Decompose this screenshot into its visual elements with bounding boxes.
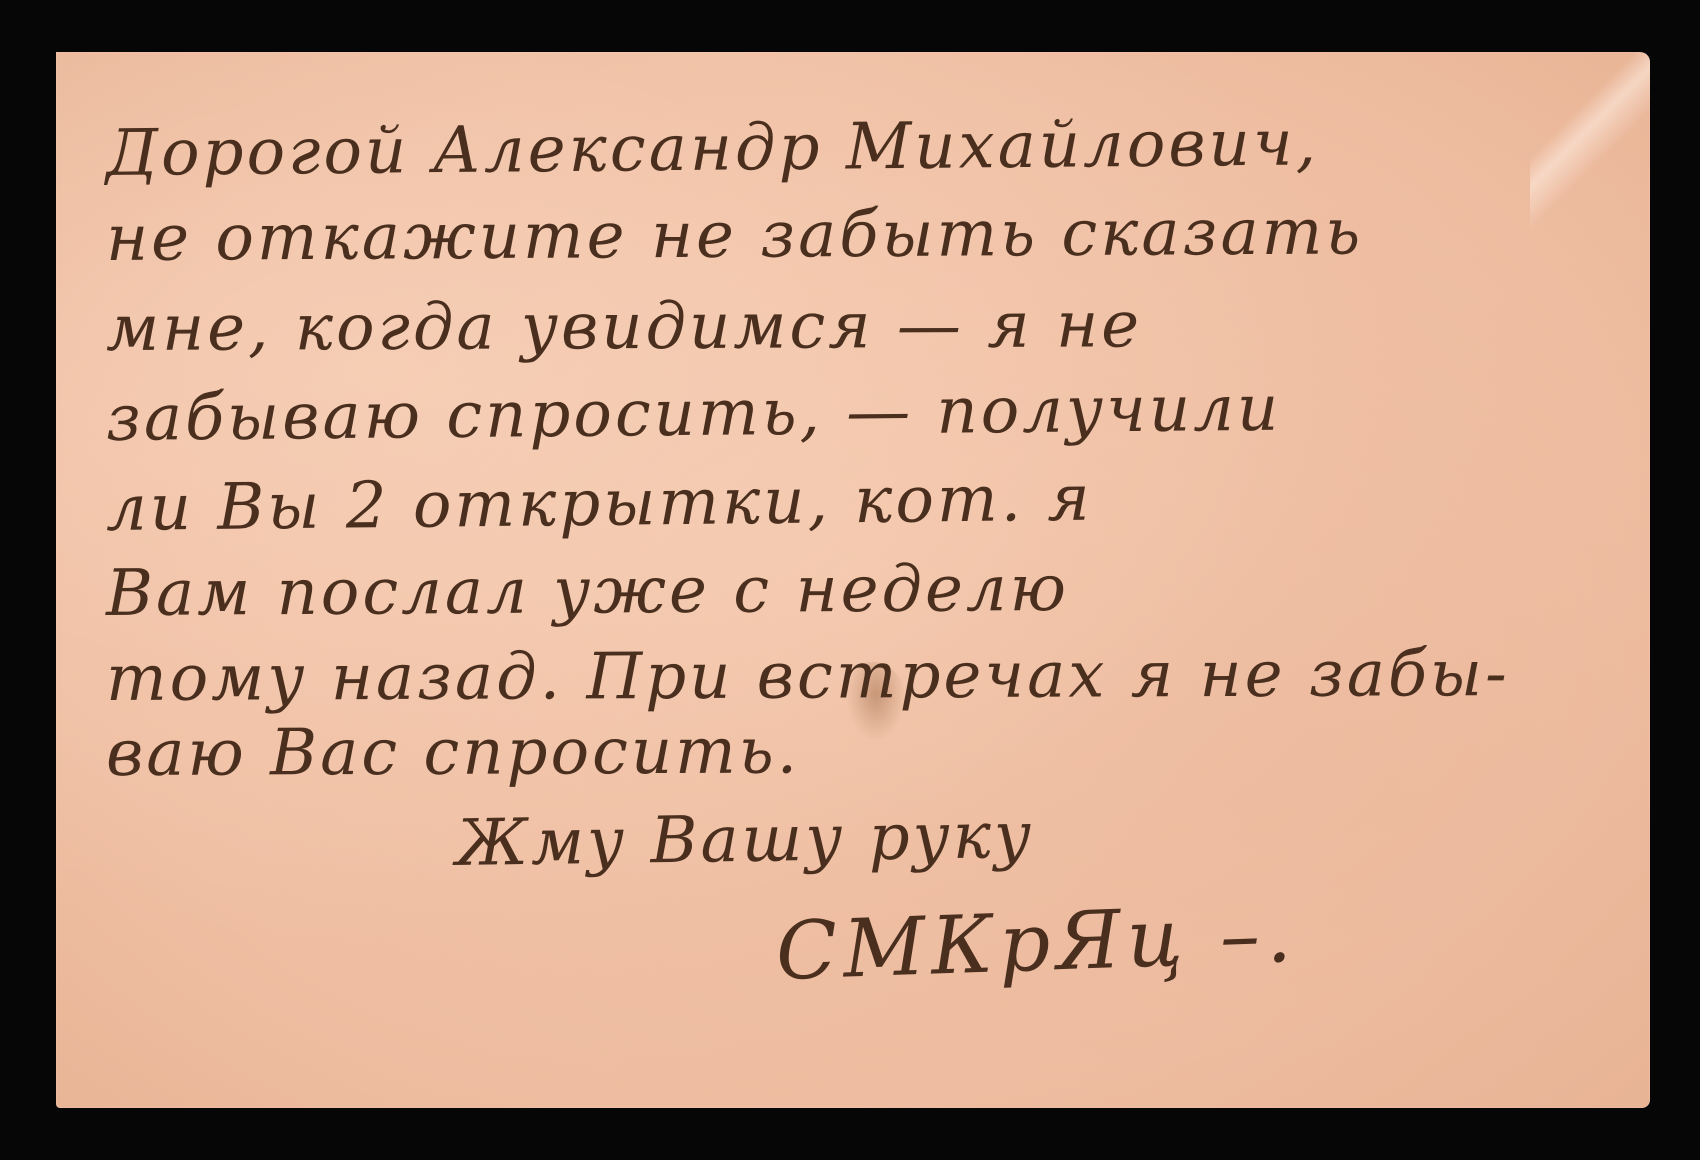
postcard: Дорогой Александр Михайлович, не откажит… [56, 52, 1650, 1108]
body-line-7: ваю Вас спросить. [106, 720, 800, 786]
greeting-line: Дорогой Александр Михайлович, [106, 111, 1319, 186]
paper-crease [1530, 52, 1650, 232]
body-line-4: ли Вы 2 открытки, кот. я [106, 467, 1093, 541]
signature: СМКрЯц –. [775, 894, 1299, 992]
body-line-3: забываю спросить, — получили [106, 377, 1282, 451]
body-line-6: тому назад. При встречах я не забы- [106, 642, 1510, 711]
closing-line: Жму Вашу руку [456, 804, 1035, 876]
body-line-2: мне, когда увидимся — я не [106, 293, 1142, 361]
body-line-5: Вам послал уже с неделю [106, 557, 1069, 626]
body-line-1: не откажите не забыть сказать [106, 200, 1363, 271]
